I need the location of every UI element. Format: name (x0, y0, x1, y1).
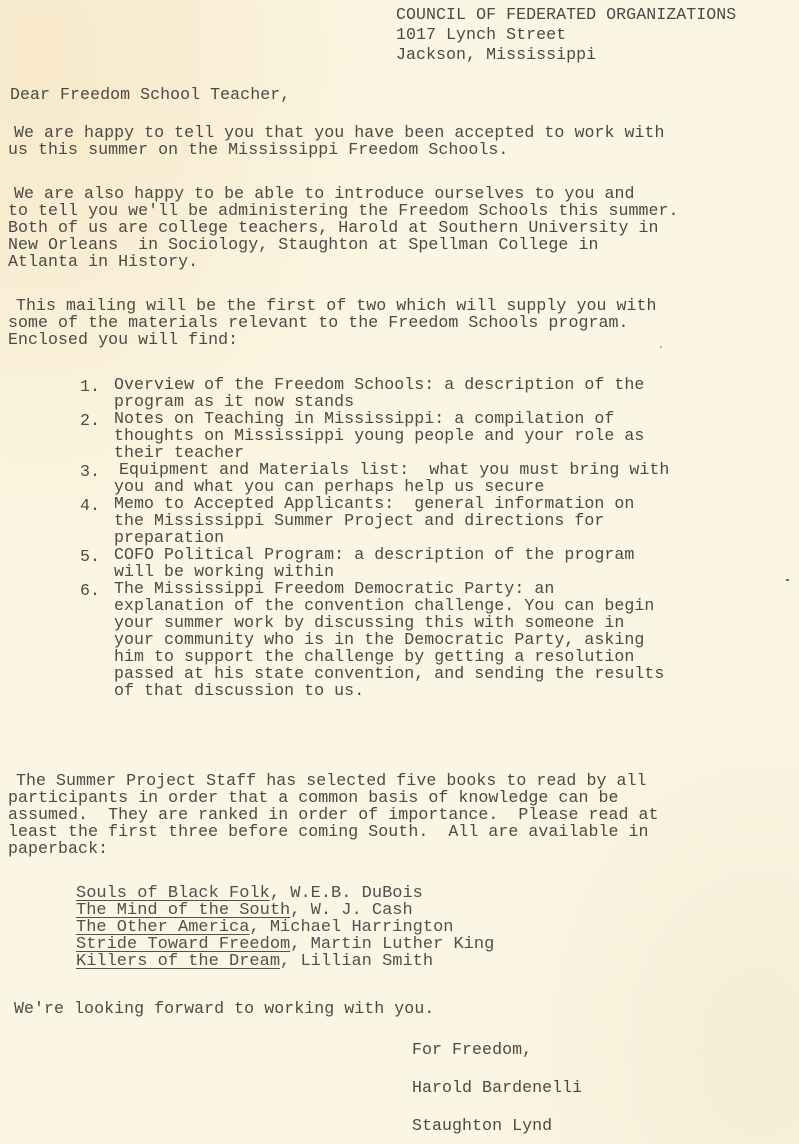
letterhead-organization: COUNCIL OF FEDERATED ORGANIZATIONS (396, 7, 736, 23)
book-item: Stride Toward Freedom, Martin Luther Kin… (76, 937, 494, 953)
salutation: Dear Freedom School Teacher, (10, 87, 290, 103)
text-line: We are happy to tell you that you have b… (14, 125, 665, 141)
book-item: Killers of the Dream, Lillian Smith (76, 954, 433, 970)
text-line: will be working within (114, 564, 334, 580)
text-line: participants in order that a common basi… (8, 790, 618, 806)
book-title: Killers of the Dream (76, 952, 280, 971)
text-line: of that discussion to us. (114, 683, 364, 699)
text-line: COFO Political Program: a description of… (114, 547, 634, 563)
text-line: preparation (114, 530, 224, 546)
paper-speck (786, 579, 789, 581)
text-line: New Orleans in Sociology, Staughton at S… (8, 237, 598, 253)
text-line: their teacher (114, 445, 244, 461)
text-line: passed at his state convention, and send… (114, 666, 664, 682)
book-author: Lillian Smith (300, 952, 433, 971)
text-line: him to support the challenge by getting … (114, 649, 634, 665)
book-item: The Mind of the South, W. J. Cash (76, 903, 413, 919)
text-line: explanation of the convention challenge.… (114, 598, 654, 614)
text-line: you and what you can perhaps help us sec… (114, 479, 544, 495)
text-line: Memo to Accepted Applicants: general inf… (114, 496, 634, 512)
text-line: the Mississippi Summer Project and direc… (114, 513, 604, 529)
enclosure-number: 5. (80, 547, 100, 566)
text-line: us this summer on the Mississippi Freedo… (8, 142, 508, 158)
text-line: program as it now stands (114, 394, 354, 410)
text-line: to tell you we'll be administering the F… (8, 203, 679, 219)
book-item: The Other America, Michael Harrington (76, 920, 453, 936)
text-line: This mailing will be the first of two wh… (16, 298, 657, 314)
enclosure-number: 3. (80, 462, 100, 481)
enclosure-number: 1. (80, 377, 100, 396)
text-line: assumed. They are ranked in order of imp… (8, 807, 659, 823)
enclosure-number: 2. (80, 411, 100, 430)
letterhead-city: Jackson, Mississippi (396, 47, 596, 63)
text-line: Atlanta in History. (8, 254, 198, 270)
text-line: We are also happy to be able to introduc… (14, 186, 635, 202)
text-line: Notes on Teaching in Mississippi: a comp… (114, 411, 614, 427)
text-line: Enclosed you will find: (8, 332, 238, 348)
signer-name: Harold Bardenelli (412, 1080, 582, 1096)
text-line: The Mississippi Freedom Democratic Party… (114, 581, 554, 597)
text-line: The Summer Project Staff has selected fi… (16, 773, 647, 789)
closing: For Freedom, (412, 1042, 532, 1058)
text-line: Equipment and Materials list: what you m… (119, 462, 669, 478)
signer-name: Staughton Lynd (412, 1118, 552, 1134)
text-line: paperback: (8, 841, 108, 857)
text-line: Overview of the Freedom Schools: a descr… (114, 377, 644, 393)
text-line: least the first three before coming Sout… (8, 824, 649, 840)
text-line: thoughts on Mississippi young people and… (114, 428, 644, 444)
text-line: your community who is in the Democratic … (114, 632, 644, 648)
letter-page: COUNCIL OF FEDERATED ORGANIZATIONS 1017 … (0, 0, 799, 1144)
enclosure-number: 6. (80, 581, 100, 600)
text-line: some of the materials relevant to the Fr… (8, 315, 629, 331)
book-item: Souls of Black Folk, W.E.B. DuBois (76, 886, 423, 902)
text-line: Both of us are college teachers, Harold … (8, 220, 659, 236)
letterhead-street: 1017 Lynch Street (396, 27, 566, 43)
enclosure-number: 4. (80, 496, 100, 515)
paper-speck (660, 346, 662, 348)
text-line: your summer work by discussing this with… (114, 615, 624, 631)
closing-line: We're looking forward to working with yo… (14, 1001, 434, 1017)
